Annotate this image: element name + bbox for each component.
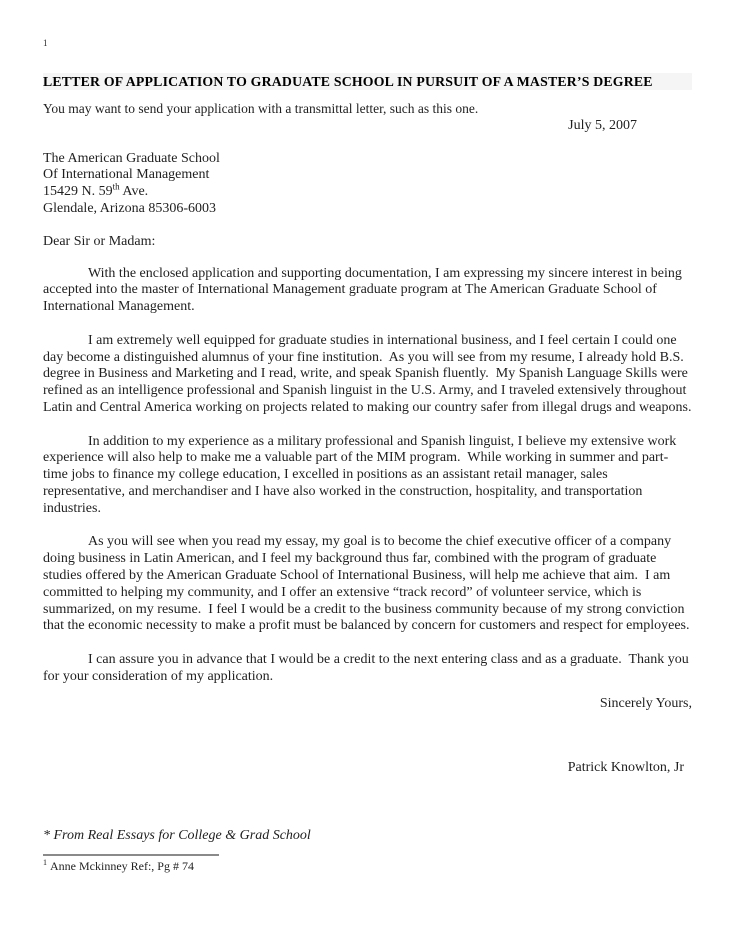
- footnote-divider: [43, 854, 219, 856]
- letter-page: 1 LETTER OF APPLICATION TO GRADUATE SCHO…: [0, 0, 736, 952]
- address-line-4: Glendale, Arizona 85306-6003: [43, 201, 692, 218]
- footnote-marker: 1: [43, 858, 47, 867]
- street-ordinal-suffix: th: [113, 182, 120, 192]
- editor-note: You may want to send your application wi…: [43, 101, 692, 118]
- footnote-text: Anne Mckinney Ref:, Pg # 74: [50, 859, 194, 873]
- street-suffix: Ave.: [120, 184, 149, 199]
- street-number: 15429 N. 59: [43, 184, 113, 199]
- signature-name: Patrick Knowlton, Jr: [43, 760, 692, 777]
- footnote: 1Anne Mckinney Ref:, Pg # 74: [43, 859, 692, 874]
- source-attribution: * From Real Essays for College & Grad Sc…: [43, 828, 692, 845]
- address-line-1: The American Graduate School: [43, 151, 692, 168]
- address-line-3: 15429 N. 59th Ave.: [43, 184, 692, 201]
- letter-body: With the enclosed application and suppor…: [43, 266, 692, 686]
- salutation: Dear Sir or Madam:: [43, 234, 692, 251]
- recipient-address: The American Graduate School Of Internat…: [43, 151, 692, 218]
- body-paragraph-1: With the enclosed application and suppor…: [43, 266, 692, 316]
- body-paragraph-3: In addition to my experience as a milita…: [43, 434, 692, 518]
- body-paragraph-5: I can assure you in advance that I would…: [43, 652, 692, 686]
- address-line-2: Of International Management: [43, 167, 692, 184]
- body-paragraph-2: I am extremely well equipped for graduat…: [43, 333, 692, 417]
- body-paragraph-4: As you will see when you read my essay, …: [43, 534, 692, 635]
- complimentary-closing: Sincerely Yours,: [43, 696, 692, 713]
- date-line: July 5, 2007: [43, 118, 692, 135]
- page-footnote-ref: 1: [43, 38, 692, 49]
- letter-heading: LETTER OF APPLICATION TO GRADUATE SCHOOL…: [43, 73, 692, 90]
